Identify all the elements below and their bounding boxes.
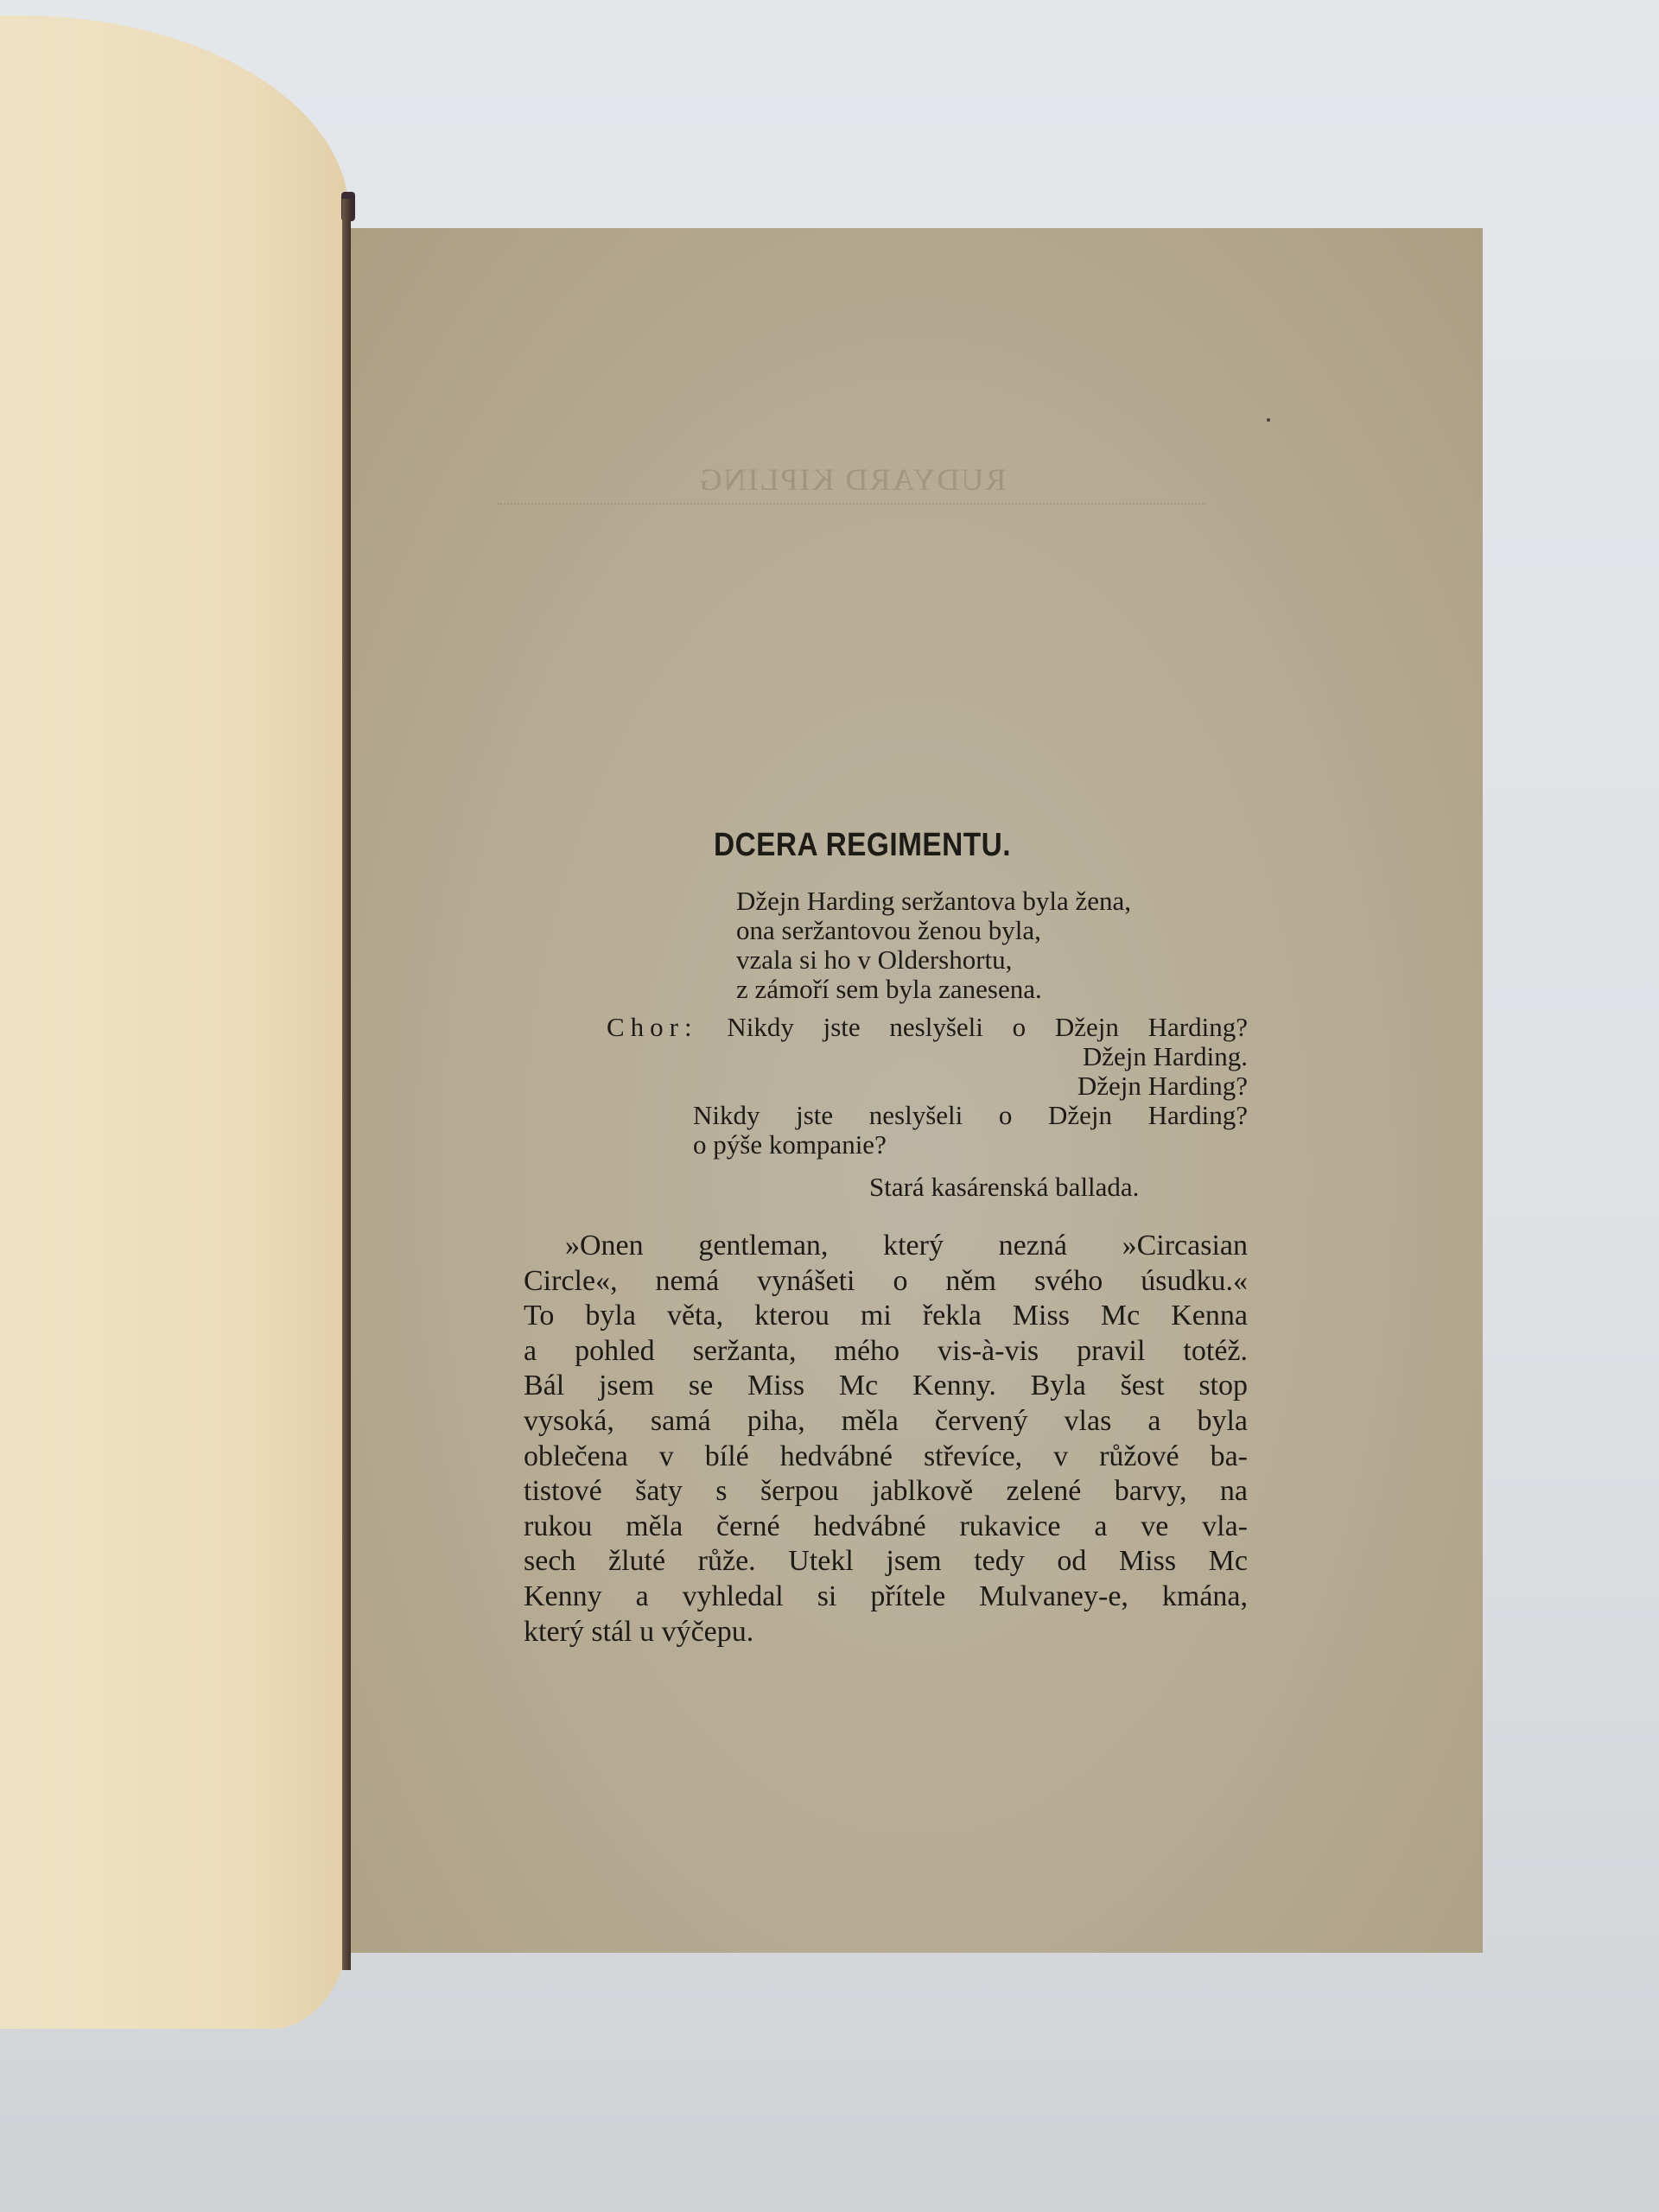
- body-line: který stál u výčepu.: [524, 1615, 1248, 1650]
- epigraph-chorus: Chor: Nikdy jste neslyšeli o Džejn Hardi…: [607, 1013, 1248, 1160]
- body-line: tistové šaty s šerpou jablkově zelené ba…: [524, 1474, 1248, 1510]
- body-line: Bál jsem se Miss Mc Kenny. Byla šest sto…: [524, 1369, 1248, 1404]
- show-through-header: RUDYARD KIPLING: [498, 461, 1206, 498]
- epigraph-source: Stará kasárenská ballada.: [869, 1172, 1139, 1203]
- chorus-label: Chor:: [607, 1012, 698, 1042]
- body-line: sech žluté růže. Utekl jsem tedy od Miss…: [524, 1544, 1248, 1580]
- book-gutter: [342, 199, 351, 1970]
- body-line: vysoká, samá piha, měla červený vlas a b…: [524, 1404, 1248, 1440]
- chorus-line: Nikdy jste neslyšeli o Džejn Harding?: [607, 1101, 1248, 1130]
- left-page-blank: [0, 16, 349, 2029]
- stanza-line: ona seržantovou ženou byla,: [736, 916, 1131, 945]
- stanza-line: z zámoří sem byla zanesena.: [736, 975, 1131, 1004]
- body-line: a pohled seržanta, mého vis-à-vis pravil…: [524, 1334, 1248, 1370]
- paper-speck: [1267, 418, 1270, 422]
- right-page: RUDYARD KIPLING DCERA REGIMENTU. Džejn H…: [351, 228, 1483, 1953]
- body-line: To byla věta, kterou mi řekla Miss Mc Ke…: [524, 1299, 1248, 1334]
- chorus-line: o pýše kompanie?: [607, 1130, 1248, 1160]
- body-line: oblečena v bílé hedvábné střevíce, v růž…: [524, 1440, 1248, 1475]
- body-paragraph: »Onen gentleman, který nezná »Circasian …: [524, 1229, 1248, 1649]
- show-through-rule: [498, 503, 1206, 505]
- stanza-line: vzala si ho v Oldershortu,: [736, 945, 1131, 975]
- epigraph-stanza: Džejn Harding seržantova byla žena, ona …: [736, 887, 1131, 1004]
- chorus-line: Džejn Harding.: [607, 1042, 1248, 1071]
- chorus-line: Džejn Harding?: [607, 1071, 1248, 1101]
- body-line: rukou měla černé hedvábné rukavice a ve …: [524, 1510, 1248, 1545]
- stanza-line: Džejn Harding seržantova byla žena,: [736, 887, 1131, 916]
- body-line: Kenny a vyhledal si přítele Mulvaney-e, …: [524, 1580, 1248, 1615]
- body-line: Circle«, nemá vynášeti o něm svého úsudk…: [524, 1264, 1248, 1300]
- chapter-title: DCERA REGIMENTU.: [714, 827, 1011, 864]
- chorus-line: Chor: Nikdy jste neslyšeli o Džejn Hardi…: [607, 1013, 1248, 1042]
- body-line: »Onen gentleman, který nezná »Circasian: [524, 1229, 1248, 1264]
